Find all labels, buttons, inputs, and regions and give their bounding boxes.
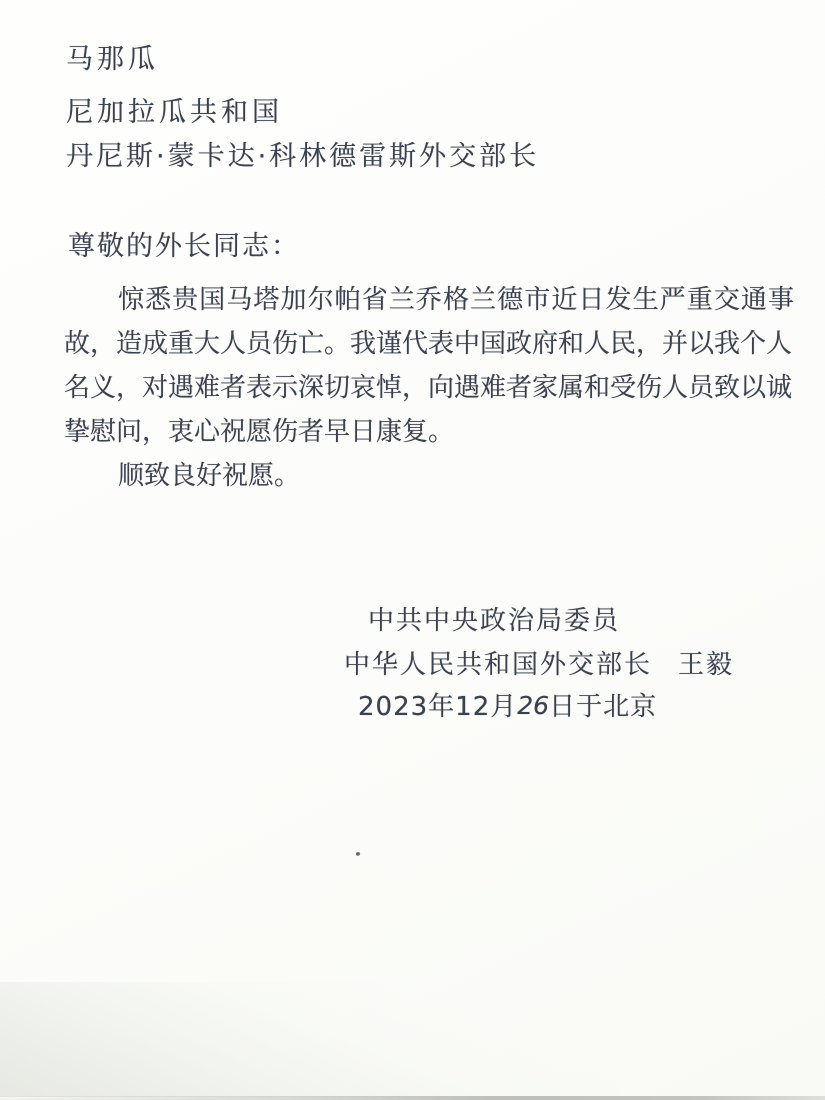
signer-name: 王毅 xyxy=(678,650,734,680)
recipient-city: 马那瓜 xyxy=(66,44,159,76)
date-day-handwritten: 26 xyxy=(517,691,549,720)
body-line-1: 惊悉贵国马塔加尔帕省兰乔格兰德市近日发生严重交通事 xyxy=(118,285,794,316)
body-line-4: 挚慰问，衷心祝愿伤者早日康复。 xyxy=(64,417,454,448)
signature-title-line1: 中共中央政治局委员 xyxy=(368,606,620,637)
date-suffix: 日于北京 xyxy=(549,692,657,722)
recipient-country: 尼加拉瓜共和国 xyxy=(66,97,283,129)
recipient-addressee: 丹尼斯·蒙卡达·科林德雷斯外交部长 xyxy=(66,141,539,173)
scan-edge-line xyxy=(0,1096,825,1100)
salutation-line: 尊敬的外长同志： xyxy=(68,231,300,263)
signature-title-line2: 中华人民共和国外交部长王毅 xyxy=(344,650,734,681)
body-line-3: 名义，对遇难者表示深切哀悼，向遇难者家属和受伤人员致以诚 xyxy=(64,373,792,404)
letter-page: 马那瓜 尼加拉瓜共和国 丹尼斯·蒙卡达·科林德雷斯外交部长 尊敬的外长同志： 惊… xyxy=(0,0,825,1100)
closing-line: 顺致良好祝愿。 xyxy=(118,461,300,492)
body-line-2: 故，造成重大人员伤亡。我谨代表中国政府和人民，并以我个人 xyxy=(64,329,792,360)
date-line: 2023年12月26日于北京 xyxy=(358,692,657,723)
date-prefix: 2023年12月 xyxy=(358,692,517,722)
signature-title-text: 中华人民共和国外交部长 xyxy=(344,650,652,680)
paper-shadow xyxy=(0,982,620,1097)
ink-speck xyxy=(355,851,360,856)
